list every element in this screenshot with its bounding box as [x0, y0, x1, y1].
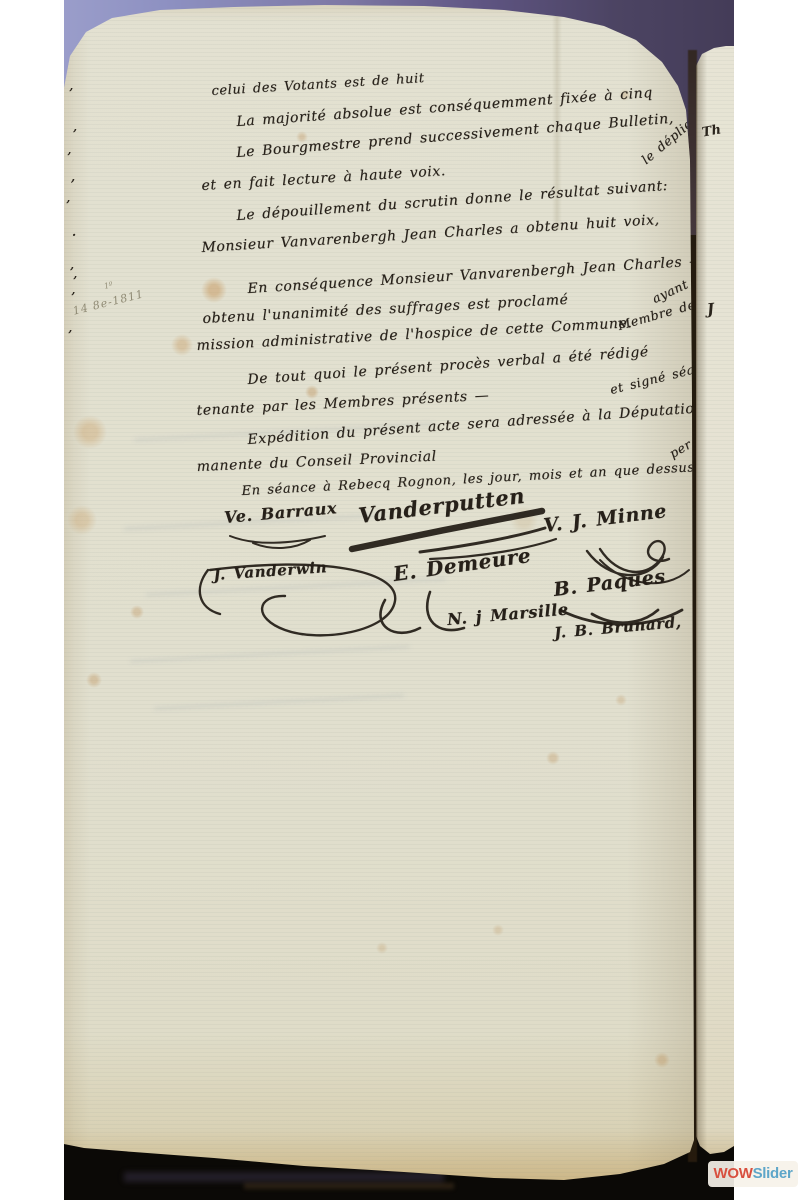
edge-ink-fragment: ’	[69, 86, 73, 100]
photo-of-manuscript: { "manuscript": { "lines": [ "celui des …	[0, 0, 800, 1200]
edge-ink-fragment: ʼ	[71, 290, 75, 304]
photograph-area: Th J 1º 14 8e-1811 ’ ‚ ʼ , ’ · ‚ ’ ʼ ’ c…	[64, 0, 734, 1200]
book-edge-shadow	[244, 1183, 454, 1189]
watermark-wow-text: WOW	[714, 1165, 753, 1182]
edge-ink-fragment: ‚	[73, 120, 77, 134]
facing-page-crease	[696, 46, 710, 1156]
edge-ink-fragment: ’	[73, 274, 77, 288]
watermark-badge: WOWSlider	[708, 1161, 798, 1187]
edge-ink-fragment: ’	[66, 198, 70, 212]
edge-ink-fragment: ‚	[70, 258, 74, 272]
edge-ink-fragment: ,	[71, 170, 75, 184]
edge-ink-fragment: ʼ	[67, 150, 71, 164]
manuscript-page: 1º 14 8e-1811 ’ ‚ ʼ , ’ · ‚ ’ ʼ ’ celui …	[64, 0, 734, 1200]
edge-ink-fragment: ·	[72, 228, 76, 242]
book-edge-shadow	[124, 1172, 444, 1182]
edge-ink-fragment: ’	[68, 328, 72, 342]
watermark-slider-text: Slider	[753, 1165, 793, 1182]
